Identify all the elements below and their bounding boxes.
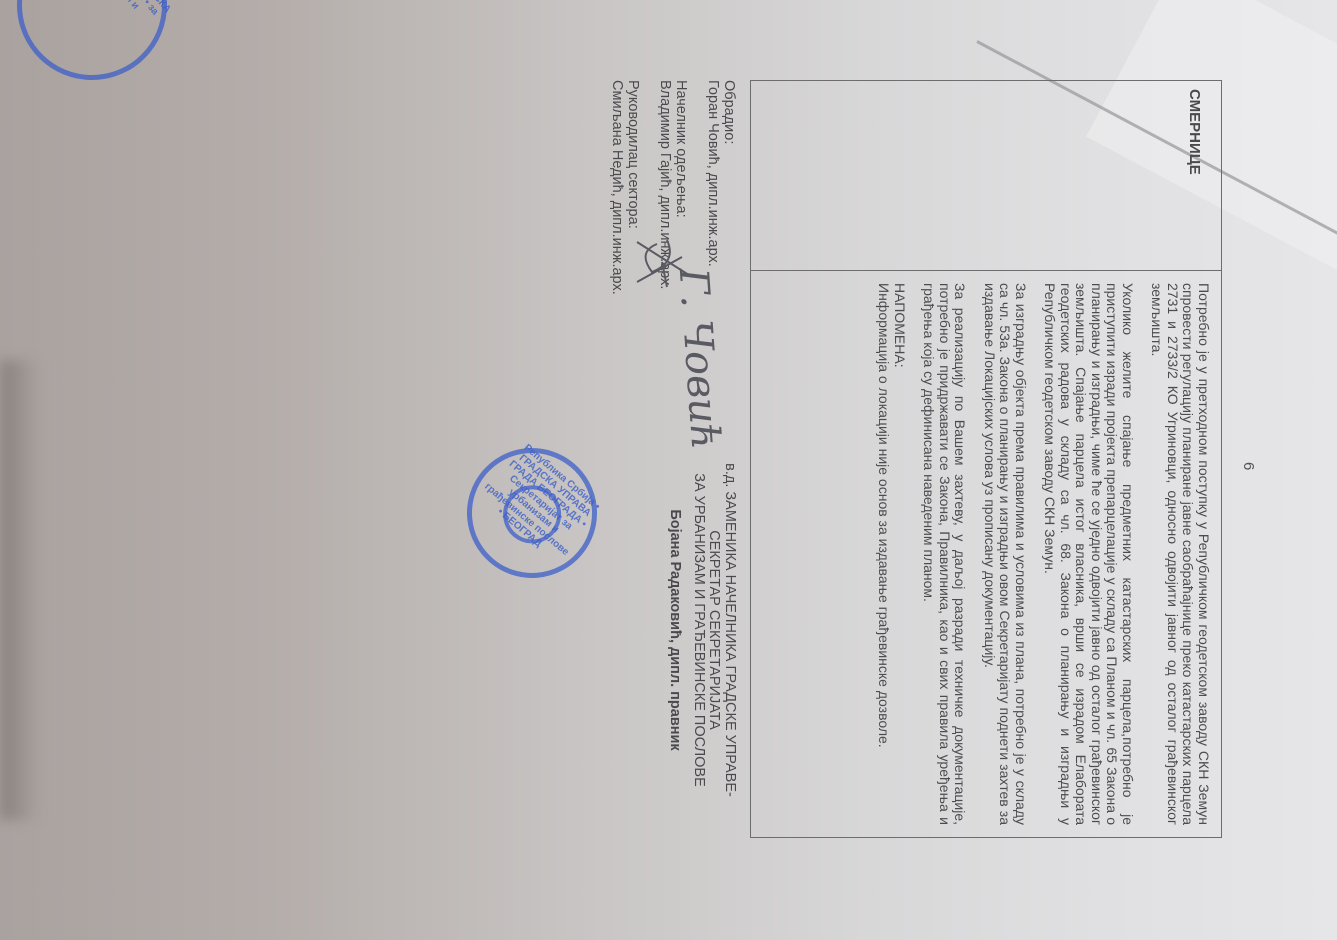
paragraph-realization: За реализацију по Вашем захтеву, у даљој… (921, 283, 968, 825)
signatory-role: Обрадио: (721, 80, 737, 295)
official-stamp-icon: Република Србија • ГРАДСКА УПРАВА ГРАДА … (440, 421, 623, 604)
signatory-processed-by: Обрадио: Горан Човић, дипл.инж.арх. (705, 80, 737, 295)
signatory-right: в.д. ЗАМЕНИКА НАЧЕЛНИКА ГРАДСКЕ УПРАВЕ- … (667, 420, 737, 840)
signatory-title-line2: СЕКРЕТАР СЕКРЕТАРИЈАТА (706, 420, 722, 840)
paragraph-regulation: Потребно је у претходном поступку у Репу… (1149, 283, 1211, 825)
stamp-top-corner-icon: Република • ГРАДСКА УПРАВА ГРАДА • за ур… (0, 0, 198, 111)
handwritten-signature-scribble (618, 232, 697, 292)
document-page: 6 СМЕРНИЦЕ Потребно је у претходном пост… (0, 0, 1337, 940)
signatory-title-line1: в.д. ЗАМЕНИКА НАЧЕЛНИКА ГРАДСКЕ УПРАВЕ- (722, 420, 738, 840)
stamp-text: Република • ГРАДСКА УПРАВА ГРАДА • за ур… (74, 0, 176, 34)
table-header-cell: СМЕРНИЦЕ (751, 81, 1221, 271)
guidelines-table: СМЕРНИЦЕ Потребно је у претходном поступ… (750, 80, 1222, 838)
guidelines-heading: СМЕРНИЦЕ (1186, 89, 1203, 175)
note-text: Информација о локацији није основ за изд… (876, 283, 892, 825)
table-body-cell: Потребно је у претходном поступку у Репу… (751, 271, 1221, 837)
signatory-title-line3: ЗА УРБАНИЗАМ И ГРАЂЕВИНСКЕ ПОСЛОВЕ (691, 420, 707, 840)
note-title: НАПОМЕНА: (892, 283, 908, 825)
paragraph-merging: Уколико желите спајање предметних катаст… (1042, 283, 1135, 825)
signatory-name: Бојана Радаковић, дипл. правник (667, 420, 683, 840)
page-number: 6 (1240, 462, 1257, 470)
signatory-name: Горан Човић, дипл.инж.арх. (705, 80, 721, 295)
paragraph-construction: За изградњу објекта према правилима и ус… (982, 283, 1029, 825)
signature-scribble-icon (627, 232, 697, 292)
